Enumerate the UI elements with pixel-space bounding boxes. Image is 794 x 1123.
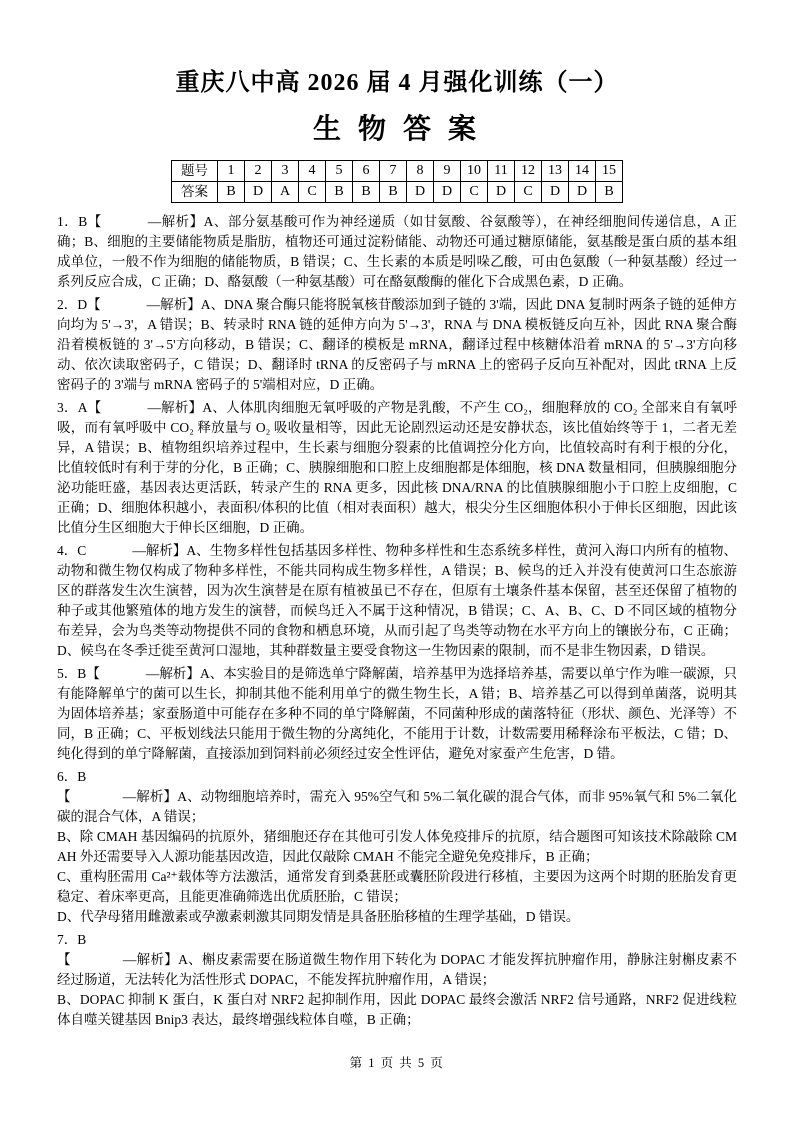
answer-table: 题号 123456789101112131415 答案 BDACBBBDDCDC… xyxy=(171,160,623,203)
answer-table-number-row: 题号 123456789101112131415 xyxy=(172,161,623,182)
question-number-cell: 15 xyxy=(596,161,623,182)
answer-letter-cell: D xyxy=(407,182,434,203)
answer-row-header: 答案 xyxy=(172,182,218,203)
question-number-cell: 6 xyxy=(353,161,380,182)
number-row-header: 题号 xyxy=(172,161,218,182)
item-paragraph: 【—解析】A、动物细胞培养时，需充入 95%空气和 5%二氧化碳的混合气体，而非… xyxy=(57,787,737,827)
answer-item: 3．A【—解析】A、人体肌肉细胞无氧呼吸的产物是乳酸，不产生 CO₂，细胞释放的… xyxy=(57,398,737,538)
answer-letter-cell: C xyxy=(299,182,326,203)
answer-letter-cell: D xyxy=(569,182,596,203)
analysis-label: —解析】 xyxy=(123,952,178,967)
answer-item: 6．B【—解析】A、动物细胞培养时，需充入 95%空气和 5%二氧化碳的混合气体… xyxy=(57,767,737,927)
answer-item: 2．D【—解析】A、DNA 聚合酶只能将脱氧核苷酸添加到子链的 3'端，因此 D… xyxy=(57,295,737,395)
answer-letter-cell: B xyxy=(353,182,380,203)
answer-letter-cell: D xyxy=(542,182,569,203)
item-head: 【 xyxy=(57,952,71,967)
answer-letter-cell: C xyxy=(461,182,488,203)
item-paragraph: 5．B【—解析】A、本实验目的是筛选单宁降解菌，培养基甲为选择培养基，需要以单宁… xyxy=(57,664,737,764)
question-number-cell: 2 xyxy=(245,161,272,182)
analysis-label: —解析】 xyxy=(147,400,202,415)
question-number-cell: 4 xyxy=(299,161,326,182)
item-head: 【 xyxy=(57,789,71,804)
answer-letter-cell: A xyxy=(272,182,299,203)
answer-item: 4．C—解析】A、生物多样性包括基因多样性、物种多样性和生态系统多样性，黄河入海… xyxy=(57,541,737,661)
answer-letter-cell: D xyxy=(245,182,272,203)
answer-letter-cell: D xyxy=(488,182,515,203)
item-head: 3．A【 xyxy=(57,400,101,415)
analysis-label: —解析】 xyxy=(146,666,200,681)
item-paragraph: D、代孕母猪用雌激素或孕激素刺激其同期发情是具备胚胎移植的生理学基础，D 错误。 xyxy=(57,907,737,927)
item-answer-line: 6．B xyxy=(57,767,737,787)
item-paragraph: 3．A【—解析】A、人体肌肉细胞无氧呼吸的产物是乳酸，不产生 CO₂，细胞释放的… xyxy=(57,398,737,538)
item-paragraph: 1．B【—解析】A、部分氨基酸可作为神经递质（如甘氨酸、谷氨酸等），在神经细胞间… xyxy=(57,212,737,292)
analysis-label: —解析】 xyxy=(147,297,201,312)
analysis-label: —解析】 xyxy=(132,543,186,558)
question-number-cell: 14 xyxy=(569,161,596,182)
question-number-cell: 8 xyxy=(407,161,434,182)
analysis-label: —解析】 xyxy=(148,214,204,229)
item-paragraph: 2．D【—解析】A、DNA 聚合酶只能将脱氧核苷酸添加到子链的 3'端，因此 D… xyxy=(57,295,737,395)
item-head: 1．B【 xyxy=(57,214,102,229)
answer-item: 5．B【—解析】A、本实验目的是筛选单宁降解菌，培养基甲为选择培养基，需要以单宁… xyxy=(57,664,737,764)
question-number-cell: 3 xyxy=(272,161,299,182)
analysis-label: —解析】 xyxy=(123,789,178,804)
item-paragraph: 4．C—解析】A、生物多样性包括基因多样性、物种多样性和生态系统多样性，黄河入海… xyxy=(57,541,737,661)
answer-letter-cell: D xyxy=(434,182,461,203)
item-paragraph: C、重构胚需用 Ca²⁺载体等方法激活，通常发育到桑葚胚或囊胚阶段进行移植，主要… xyxy=(57,867,737,907)
analysis-list: 1．B【—解析】A、部分氨基酸可作为神经递质（如甘氨酸、谷氨酸等），在神经细胞间… xyxy=(57,212,737,1030)
answer-letter-cell: B xyxy=(326,182,353,203)
item-answer-line: 7．B xyxy=(57,930,737,950)
question-number-cell: 13 xyxy=(542,161,569,182)
answer-letter-cell: B xyxy=(596,182,623,203)
page-subtitle: 生 物 答 案 xyxy=(57,107,737,147)
item-head: 4．C xyxy=(57,543,86,558)
question-number-cell: 1 xyxy=(218,161,245,182)
page-title: 重庆八中高 2026 届 4 月强化训练（一） xyxy=(57,62,737,97)
answer-letter-cell: B xyxy=(218,182,245,203)
item-paragraph: B、除 CMAH 基因编码的抗原外，猪细胞还存在其他可引发人体免疫排斥的抗原，结… xyxy=(57,827,737,867)
page-footer: 第 1 页 共 5 页 xyxy=(57,1053,737,1071)
question-number-cell: 5 xyxy=(326,161,353,182)
question-number-cell: 10 xyxy=(461,161,488,182)
answer-letter-cell: C xyxy=(515,182,542,203)
answer-table-answer-row: 答案 BDACBBBDDCDCDDB xyxy=(172,182,623,203)
question-number-cell: 7 xyxy=(380,161,407,182)
answer-letter-cell: B xyxy=(380,182,407,203)
document-page: 重庆八中高 2026 届 4 月强化训练（一） 生 物 答 案 题号 12345… xyxy=(0,0,794,1123)
question-number-cell: 12 xyxy=(515,161,542,182)
item-head: 2．D【 xyxy=(57,297,101,312)
question-number-cell: 9 xyxy=(434,161,461,182)
item-paragraph: B、DOPAC 抑制 K 蛋白，K 蛋白对 NRF2 起抑制作用，因此 DOPA… xyxy=(57,990,737,1030)
item-head: 5．B【 xyxy=(57,666,100,681)
answer-item: 7．B【—解析】A、槲皮素需要在肠道微生物作用下转化为 DOPAC 才能发挥抗肿… xyxy=(57,930,737,1030)
question-number-cell: 11 xyxy=(488,161,515,182)
answer-item: 1．B【—解析】A、部分氨基酸可作为神经递质（如甘氨酸、谷氨酸等），在神经细胞间… xyxy=(57,212,737,292)
item-paragraph: 【—解析】A、槲皮素需要在肠道微生物作用下转化为 DOPAC 才能发挥抗肿瘤作用… xyxy=(57,950,737,990)
